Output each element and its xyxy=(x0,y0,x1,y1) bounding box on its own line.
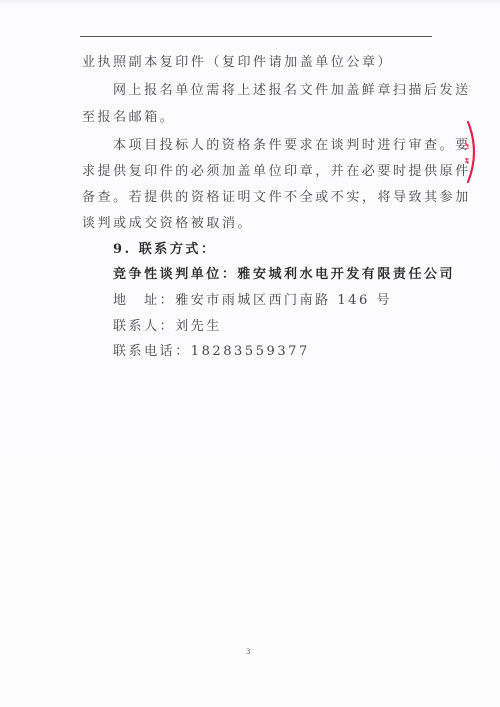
contact-person-label: 联系人： xyxy=(113,319,175,334)
paragraph-line: 本项目投标人的资格条件要求在谈判时进行审查。要 xyxy=(113,138,471,154)
paragraph-line: 谈判或成交资格被取消。 xyxy=(82,216,253,232)
contact-unit-value: 雅安城利水电开发有限责任公司 xyxy=(237,267,455,282)
contact-phone-label: 联系电话： xyxy=(113,344,191,359)
page-number: 3 xyxy=(246,648,250,656)
document-page: 业执照副本复印件（复印件请加盖单位公章） 网上报名单位需将上述报名文件加盖鲜章扫… xyxy=(0,0,500,707)
paragraph-line: 网上报名单位需将上述报名文件加盖鲜章扫描后发送 xyxy=(113,83,471,99)
header-rule xyxy=(80,36,432,37)
contact-person-row: 联系人：刘先生 xyxy=(113,319,222,335)
paragraph-line: 业执照副本复印件（复印件请加盖单位公章） xyxy=(82,55,393,71)
paragraph-line: 求提供复印件的必须加盖单位印章，并在必要时提供原件 xyxy=(82,164,471,180)
contact-phone-row: 联系电话：18283559377 xyxy=(113,344,310,360)
contact-heading: 9. 联系方式： xyxy=(113,242,217,258)
contact-address-label: 地 址： xyxy=(113,293,175,308)
contact-unit-row: 竞争性谈判单位：雅安城利水电开发有限责任公司 xyxy=(113,267,455,283)
contact-unit-label: 竞争性谈判单位： xyxy=(113,267,237,282)
contact-person-value: 刘先生 xyxy=(175,319,222,334)
contact-address-row: 地 址：雅安市雨城区西门南路 146 号 xyxy=(113,293,392,309)
paragraph-line: 备查。若提供的资格证明文件不全或不实，将导致其参加 xyxy=(82,190,471,206)
contact-address-value: 雅安市雨城区西门南路 146 号 xyxy=(175,293,392,308)
red-seal-stamp-icon xyxy=(440,118,480,188)
contact-phone-value: 18283559377 xyxy=(191,344,310,359)
paragraph-line: 至报名邮箱。 xyxy=(82,110,175,126)
